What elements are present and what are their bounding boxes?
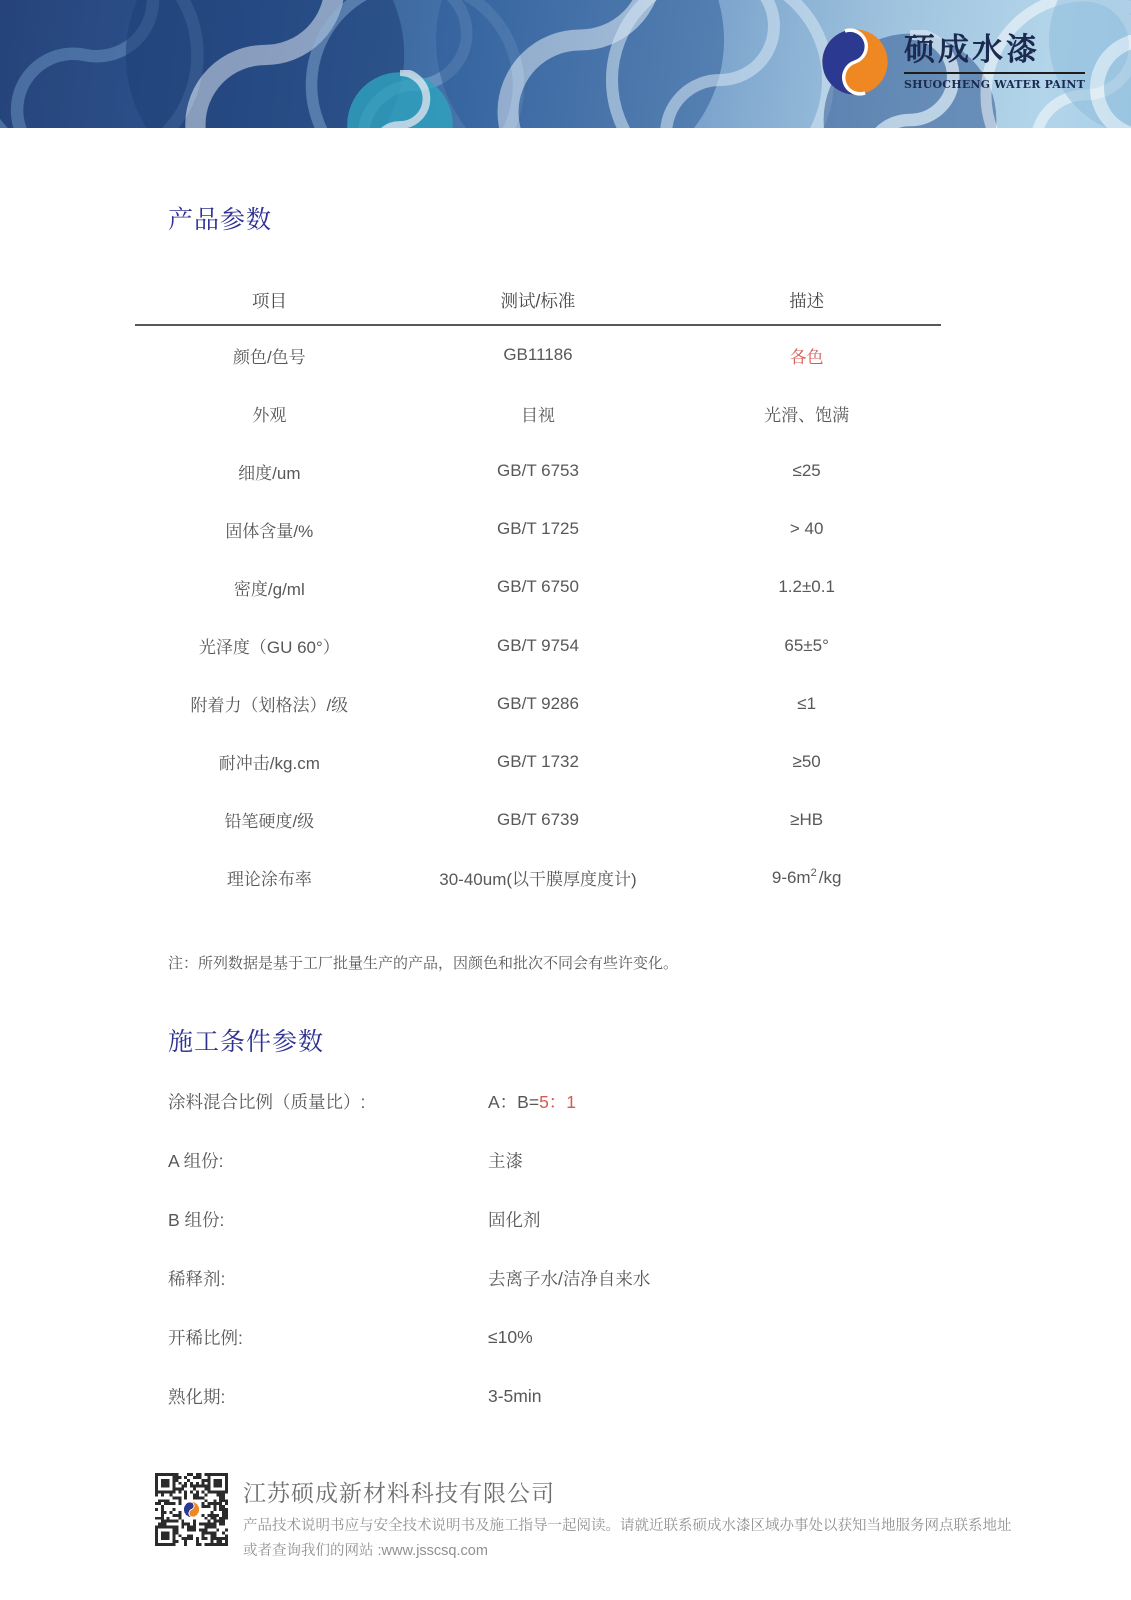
item-cell: 理论涂布率 <box>135 865 404 890</box>
condition-label: A 组份: <box>168 1148 488 1173</box>
table-row: 细度/um GB/T 6753 ≤25 <box>135 442 941 500</box>
header-banner: 硕成水漆 SHUOCHENG WATER PAINT <box>0 0 1131 128</box>
condition-label: 稀释剂: <box>168 1266 488 1291</box>
condition-value: A：B=5：1 <box>488 1089 576 1114</box>
table-row: 理论涂布率 30-40um(以干膜厚度度计) 9-6m2/kg <box>135 849 941 907</box>
brand-name-cn: 硕成水漆 <box>904 33 1085 73</box>
condition-row: A 组份: 主漆 <box>168 1131 978 1190</box>
standard-cell: GB11186 <box>404 345 673 365</box>
company-name: 江苏硕成新材料科技有限公司 <box>243 1475 1093 1508</box>
item-cell: 固体含量/% <box>135 517 404 542</box>
condition-label: 熟化期: <box>168 1384 488 1409</box>
table-row: 颜色/色号 GB11186 各色 <box>135 326 941 384</box>
product-section-title: 产品参数 <box>168 200 272 236</box>
condition-row: 熟化期: 3-5min <box>168 1367 978 1426</box>
qr-code-icon <box>155 1473 228 1546</box>
brand-text-block: 硕成水漆 SHUOCHENG WATER PAINT <box>904 33 1085 90</box>
datasheet-page: 硕成水漆 SHUOCHENG WATER PAINT 产品参数 项目 测试/标准… <box>0 0 1131 1600</box>
table-row: 外观 目视 光滑、饱满 <box>135 384 941 442</box>
standard-cell: 目视 <box>404 401 673 426</box>
footer-text-block: 江苏硕成新材料科技有限公司 产品技术说明书应与安全技术说明书及施工指导一起阅读。… <box>243 1473 1093 1564</box>
item-cell: 颜色/色号 <box>135 343 404 368</box>
page-footer: 江苏硕成新材料科技有限公司 产品技术说明书应与安全技术说明书及施工指导一起阅读。… <box>155 1473 1093 1564</box>
coverage-value: 9-6m <box>772 868 811 887</box>
table-row: 耐冲击/kg.cm GB/T 1732 ≥50 <box>135 733 941 791</box>
item-cell: 附着力（划格法）/级 <box>135 691 404 716</box>
condition-label: 开稀比例: <box>168 1325 488 1350</box>
desc-cell: > 40 <box>672 519 941 539</box>
condition-row: 涂料混合比例（质量比）: A：B=5：1 <box>168 1072 978 1131</box>
condition-row: 开稀比例: ≤10% <box>168 1308 978 1367</box>
condition-row: B 组份: 固化剂 <box>168 1190 978 1249</box>
table-row: 固体含量/% GB/T 1725 > 40 <box>135 500 941 558</box>
desc-cell: ≥HB <box>672 810 941 830</box>
brand-logo-icon <box>821 28 889 96</box>
footer-note: 产品技术说明书应与安全技术说明书及施工指导一起阅读。请就近联系硕成水漆区域办事处… <box>243 1514 1093 1564</box>
table-row: 光泽度（GU 60°） GB/T 9754 65±5° <box>135 616 941 674</box>
mix-ratio-highlight: 5：1 <box>539 1092 576 1112</box>
column-header-standard: 测试/标准 <box>404 288 673 313</box>
coverage-unit: /kg <box>819 868 842 887</box>
condition-label: B 组份: <box>168 1207 488 1232</box>
standard-cell: GB/T 9286 <box>404 694 673 714</box>
item-cell: 耐冲击/kg.cm <box>135 749 404 774</box>
desc-cell: 9-6m2/kg <box>672 868 941 888</box>
desc-cell: 光滑、饱满 <box>672 401 941 426</box>
table-footnote: 注：所列数据是基于工厂批量生产的产品，因颜色和批次不同会有些许变化。 <box>168 952 678 973</box>
footer-note-line2: 或者查询我们的网站 :www.jsscsq.com <box>243 1543 488 1559</box>
table-row: 附着力（划格法）/级 GB/T 9286 ≤1 <box>135 675 941 733</box>
item-cell: 密度/g/ml <box>135 575 404 600</box>
desc-cell: ≥50 <box>672 752 941 772</box>
desc-cell: 65±5° <box>672 636 941 656</box>
table-row: 密度/g/ml GB/T 6750 1.2±0.1 <box>135 558 941 616</box>
condition-label: 涂料混合比例（质量比）: <box>168 1089 488 1114</box>
standard-cell: GB/T 6753 <box>404 461 673 481</box>
table-row: 铅笔硬度/级 GB/T 6739 ≥HB <box>135 791 941 849</box>
footer-note-line1: 产品技术说明书应与安全技术说明书及施工指导一起阅读。请就近联系硕成水漆区域办事处… <box>243 1518 1012 1534</box>
item-cell: 光泽度（GU 60°） <box>135 633 404 658</box>
standard-cell: GB/T 6750 <box>404 577 673 597</box>
desc-cell: 各色 <box>672 343 941 368</box>
item-cell: 细度/um <box>135 459 404 484</box>
brand-logo: 硕成水漆 SHUOCHENG WATER PAINT <box>821 28 1085 96</box>
standard-cell: GB/T 1732 <box>404 752 673 772</box>
standard-cell: GB/T 6739 <box>404 810 673 830</box>
standard-cell: GB/T 1725 <box>404 519 673 539</box>
condition-row: 稀释剂: 去离子水/洁净自来水 <box>168 1249 978 1308</box>
condition-value: 固化剂 <box>488 1207 541 1232</box>
mix-ratio-prefix: A：B= <box>488 1092 539 1112</box>
table-header-row: 项目 测试/标准 描述 <box>135 277 941 326</box>
brand-name-en: SHUOCHENG WATER PAINT <box>904 78 1085 91</box>
desc-cell: ≤1 <box>672 694 941 714</box>
condition-value: 主漆 <box>488 1148 523 1173</box>
condition-value: 3-5min <box>488 1386 542 1407</box>
desc-cell: 1.2±0.1 <box>672 577 941 597</box>
coverage-exponent: 2 <box>811 867 817 879</box>
item-cell: 外观 <box>135 401 404 426</box>
standard-cell: 30-40um(以干膜厚度度计) <box>404 865 673 890</box>
item-cell: 铅笔硬度/级 <box>135 807 404 832</box>
construction-section-title: 施工条件参数 <box>168 1022 324 1058</box>
condition-value: 去离子水/洁净自来水 <box>488 1266 650 1291</box>
condition-value: ≤10% <box>488 1327 533 1348</box>
product-parameter-table: 项目 测试/标准 描述 颜色/色号 GB11186 各色 外观 目视 光滑、饱满… <box>135 277 941 907</box>
standard-cell: GB/T 9754 <box>404 636 673 656</box>
desc-cell: ≤25 <box>672 461 941 481</box>
column-header-item: 项目 <box>135 288 404 313</box>
column-header-desc: 描述 <box>672 288 941 313</box>
construction-condition-list: 涂料混合比例（质量比）: A：B=5：1 A 组份: 主漆 B 组份: 固化剂 … <box>168 1072 978 1426</box>
